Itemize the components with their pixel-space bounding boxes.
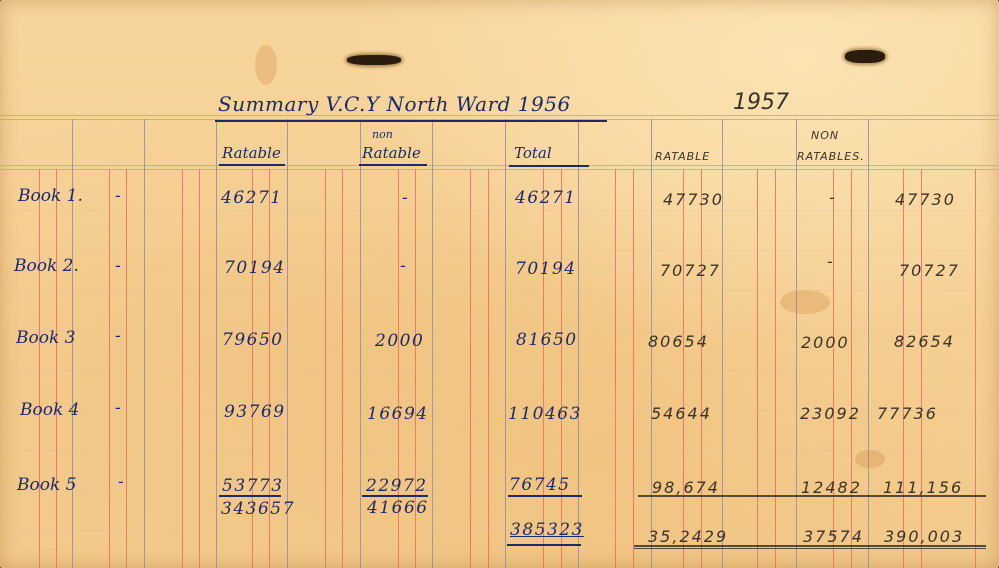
stain — [255, 45, 277, 85]
column-rule — [722, 119, 723, 568]
row-dash: - — [118, 472, 124, 492]
red-rule — [56, 169, 57, 568]
red-rule — [975, 169, 976, 568]
total-ratable-1957: 35,2429 — [648, 527, 728, 546]
red-rule — [701, 169, 702, 568]
page-title: Summary V.C.Y North Ward 1956 — [218, 92, 571, 116]
cell-ratable-1957: 80654 — [648, 332, 709, 351]
column-rule — [868, 119, 869, 568]
total-non-ratable-1957: 37574 — [803, 527, 864, 546]
row-label: Book 1. — [18, 186, 83, 206]
cell-ratable-1956: 53773 — [222, 476, 284, 496]
cell-ratable-1957: 54644 — [651, 404, 712, 423]
total-non-ratable-1956: 41666 — [367, 498, 429, 518]
total-grand-1957: 390,003 — [884, 527, 964, 546]
red-rule — [470, 169, 471, 568]
cell-ratable-1957: 47730 — [663, 190, 724, 209]
cell-ratable-1956: 46271 — [221, 188, 283, 208]
red-rule — [109, 169, 110, 568]
cell-ratable-1956: 79650 — [222, 330, 284, 350]
cell-non-ratable-1956: 2000 — [375, 331, 424, 351]
stain — [780, 290, 830, 314]
stain — [855, 450, 885, 468]
total-double-line-1957 — [634, 545, 986, 547]
header-ratable-1957: RATABLE — [655, 150, 710, 163]
cell-total-1957: 47730 — [895, 190, 956, 209]
header-non-1956: non — [372, 128, 393, 141]
red-rule — [633, 169, 634, 568]
header-underline — [509, 165, 589, 167]
cell-non-ratable-1956: - — [400, 256, 407, 276]
red-rule — [126, 169, 127, 568]
cell-total-1956: 81650 — [516, 330, 578, 350]
cell-ratable-1957: 70727 — [660, 261, 721, 280]
row-label: Book 5 — [17, 475, 76, 495]
column-rule — [505, 119, 506, 568]
title-underline — [215, 120, 607, 122]
header-non-1957: NON — [811, 129, 839, 142]
grand-total-double-line — [507, 544, 581, 546]
cell-total-1957: 77736 — [877, 404, 938, 423]
header-non-ratables-1957: RATABLES. — [797, 150, 865, 163]
faint-rule — [0, 290, 999, 291]
header-total-1956: Total — [514, 144, 552, 162]
faint-rule — [0, 210, 999, 211]
red-rule — [561, 169, 562, 568]
sum-line — [508, 495, 582, 497]
column-rule — [796, 119, 797, 568]
row-dash: - — [115, 398, 121, 418]
sum-line-1957 — [638, 495, 986, 497]
column-rule — [360, 119, 361, 568]
cell-non-ratable-1957: - — [829, 188, 837, 207]
faint-rule — [0, 330, 999, 331]
row-dash: - — [115, 256, 121, 276]
cell-ratable-1956: 70194 — [224, 258, 286, 278]
red-rule — [199, 169, 200, 568]
cell-ratable-1956: 93769 — [224, 402, 286, 422]
row-label: Book 2. — [14, 256, 79, 276]
sum-line — [362, 495, 428, 497]
cell-total-1957: 70727 — [899, 261, 960, 280]
red-rule — [775, 169, 776, 568]
header-red-rule — [0, 165, 999, 166]
cell-total-1956: 46271 — [515, 188, 577, 208]
row-label: Book 3 — [16, 328, 75, 348]
cell-total-1956: 76745 — [509, 475, 571, 495]
sum-line — [219, 495, 281, 497]
faint-rule — [0, 370, 999, 371]
header-underline — [219, 164, 285, 166]
red-rule — [683, 169, 684, 568]
red-rule — [921, 169, 922, 568]
cell-total-1957: 82654 — [894, 332, 955, 351]
faint-rule — [0, 250, 999, 251]
cell-non-ratable-1956: 16694 — [367, 404, 429, 424]
red-rule — [39, 169, 40, 568]
header-red-rule — [0, 169, 999, 170]
column-rule — [578, 119, 579, 568]
row-dash: - — [115, 326, 121, 346]
red-rule — [182, 169, 183, 568]
column-rule — [144, 119, 145, 568]
column-rule — [216, 119, 217, 568]
faint-rule — [0, 450, 999, 451]
total-double-line-1957 — [634, 548, 986, 549]
red-rule — [488, 169, 489, 568]
cell-non-ratable-1957: - — [827, 252, 835, 271]
red-rule — [833, 169, 834, 568]
total-ratable-1956: 343657 — [221, 499, 295, 519]
red-rule — [903, 169, 904, 568]
red-rule — [757, 169, 758, 568]
cell-total-1956: 70194 — [515, 259, 577, 279]
header-ratable-1956: Ratable — [222, 144, 281, 162]
cell-non-ratable-1957: 23092 — [800, 404, 861, 423]
red-rule — [325, 169, 326, 568]
row-dash: - — [115, 186, 121, 206]
red-rule — [342, 169, 343, 568]
row-label: Book 4 — [20, 400, 79, 420]
red-rule — [615, 169, 616, 568]
ledger-card: Summary V.C.Y North Ward 1956 1957 Ratab… — [0, 0, 999, 568]
red-rule — [543, 169, 544, 568]
cell-non-ratable-1956: - — [402, 188, 409, 208]
cell-total-1956: 110463 — [508, 404, 582, 424]
column-rule — [432, 119, 433, 568]
header-underline — [359, 164, 427, 166]
total-grand-1956: 385323 — [510, 520, 584, 540]
punch-hole — [845, 50, 885, 63]
cell-non-ratable-1957: 2000 — [801, 333, 850, 352]
cell-non-ratable-1956: 22972 — [366, 476, 428, 496]
year-1957-label: 1957 — [733, 90, 789, 115]
red-rule — [851, 169, 852, 568]
punch-hole — [347, 55, 401, 65]
header-non-ratable-1956: Ratable — [362, 144, 421, 162]
